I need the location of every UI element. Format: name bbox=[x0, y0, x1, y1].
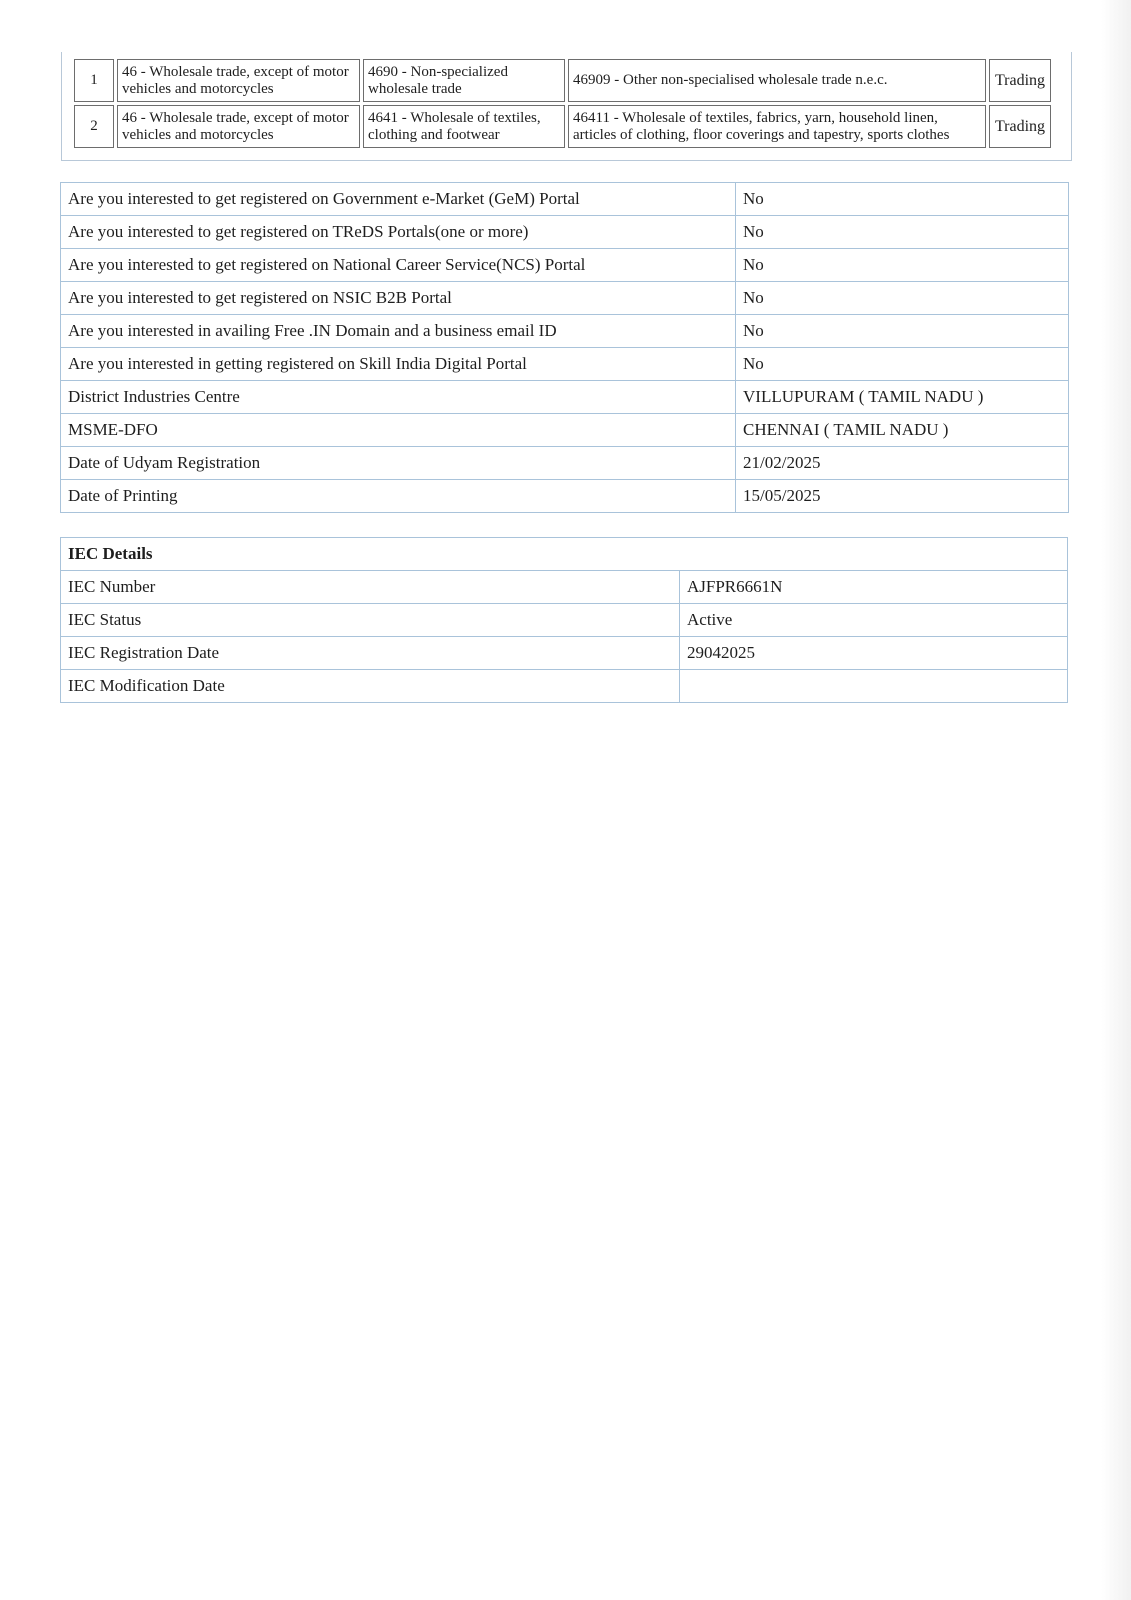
row-label: IEC Modification Date bbox=[61, 670, 680, 703]
table-row: IEC NumberAJFPR6661N bbox=[61, 571, 1068, 604]
table-row: MSME-DFOCHENNAI ( TAMIL NADU ) bbox=[61, 414, 1069, 447]
row-value: VILLUPURAM ( TAMIL NADU ) bbox=[736, 381, 1069, 414]
nic-2-digit: 46 - Wholesale trade, except of motor ve… bbox=[117, 59, 360, 102]
row-label: Are you interested to get registered on … bbox=[61, 216, 736, 249]
section-heading: IEC Details bbox=[61, 538, 1068, 571]
row-label: Are you interested in availing Free .IN … bbox=[61, 315, 736, 348]
row-value: No bbox=[736, 249, 1069, 282]
scanned-page-edge bbox=[1101, 0, 1131, 1600]
row-label: Are you interested in getting registered… bbox=[61, 348, 736, 381]
row-value: No bbox=[736, 282, 1069, 315]
registration-info-table: Are you interested to get registered on … bbox=[60, 182, 1069, 513]
row-label: MSME-DFO bbox=[61, 414, 736, 447]
table-row: Are you interested to get registered on … bbox=[61, 282, 1069, 315]
table-row: IEC StatusActive bbox=[61, 604, 1068, 637]
row-label: IEC Registration Date bbox=[61, 637, 680, 670]
table-row: Are you interested to get registered on … bbox=[61, 249, 1069, 282]
activity-type: Trading bbox=[989, 105, 1051, 148]
row-value: CHENNAI ( TAMIL NADU ) bbox=[736, 414, 1069, 447]
table-row: District Industries CentreVILLUPURAM ( T… bbox=[61, 381, 1069, 414]
table-row: Are you interested in availing Free .IN … bbox=[61, 315, 1069, 348]
nic-4-digit: 4690 - Non-specialized wholesale trade bbox=[363, 59, 565, 102]
row-label: Date of Udyam Registration bbox=[61, 447, 736, 480]
row-label: Are you interested to get registered on … bbox=[61, 249, 736, 282]
row-label: District Industries Centre bbox=[61, 381, 736, 414]
row-value: No bbox=[736, 315, 1069, 348]
table-row: IEC Registration Date29042025 bbox=[61, 637, 1068, 670]
table-row: Date of Printing15/05/2025 bbox=[61, 480, 1069, 513]
serial-number: 1 bbox=[74, 59, 114, 102]
row-label: IEC Status bbox=[61, 604, 680, 637]
table-row: Date of Udyam Registration21/02/2025 bbox=[61, 447, 1069, 480]
table-row: 1 46 - Wholesale trade, except of motor … bbox=[74, 59, 1051, 102]
activity-type: Trading bbox=[989, 59, 1051, 102]
nic-activity-section: 1 46 - Wholesale trade, except of motor … bbox=[61, 52, 1072, 161]
row-value: No bbox=[736, 183, 1069, 216]
row-value: AJFPR6661N bbox=[680, 571, 1068, 604]
iec-details-table: IEC Details IEC NumberAJFPR6661N IEC Sta… bbox=[60, 537, 1068, 703]
nic-5-digit: 46909 - Other non-specialised wholesale … bbox=[568, 59, 986, 102]
table-header-row: IEC Details bbox=[61, 538, 1068, 571]
serial-number: 2 bbox=[74, 105, 114, 148]
row-label: Are you interested to get registered on … bbox=[61, 183, 736, 216]
row-value: 15/05/2025 bbox=[736, 480, 1069, 513]
row-value: 29042025 bbox=[680, 637, 1068, 670]
row-value: 21/02/2025 bbox=[736, 447, 1069, 480]
row-value: No bbox=[736, 216, 1069, 249]
table-row: Are you interested in getting registered… bbox=[61, 348, 1069, 381]
nic-4-digit: 4641 - Wholesale of textiles, clothing a… bbox=[363, 105, 565, 148]
table-row: IEC Modification Date bbox=[61, 670, 1068, 703]
row-value bbox=[680, 670, 1068, 703]
nic-2-digit: 46 - Wholesale trade, except of motor ve… bbox=[117, 105, 360, 148]
row-value: No bbox=[736, 348, 1069, 381]
table-row: 2 46 - Wholesale trade, except of motor … bbox=[74, 105, 1051, 148]
row-label: Date of Printing bbox=[61, 480, 736, 513]
row-label: IEC Number bbox=[61, 571, 680, 604]
table-row: Are you interested to get registered on … bbox=[61, 216, 1069, 249]
table-row: Are you interested to get registered on … bbox=[61, 183, 1069, 216]
nic-5-digit: 46411 - Wholesale of textiles, fabrics, … bbox=[568, 105, 986, 148]
row-label: Are you interested to get registered on … bbox=[61, 282, 736, 315]
row-value: Active bbox=[680, 604, 1068, 637]
nic-activity-table: 1 46 - Wholesale trade, except of motor … bbox=[71, 56, 1054, 151]
